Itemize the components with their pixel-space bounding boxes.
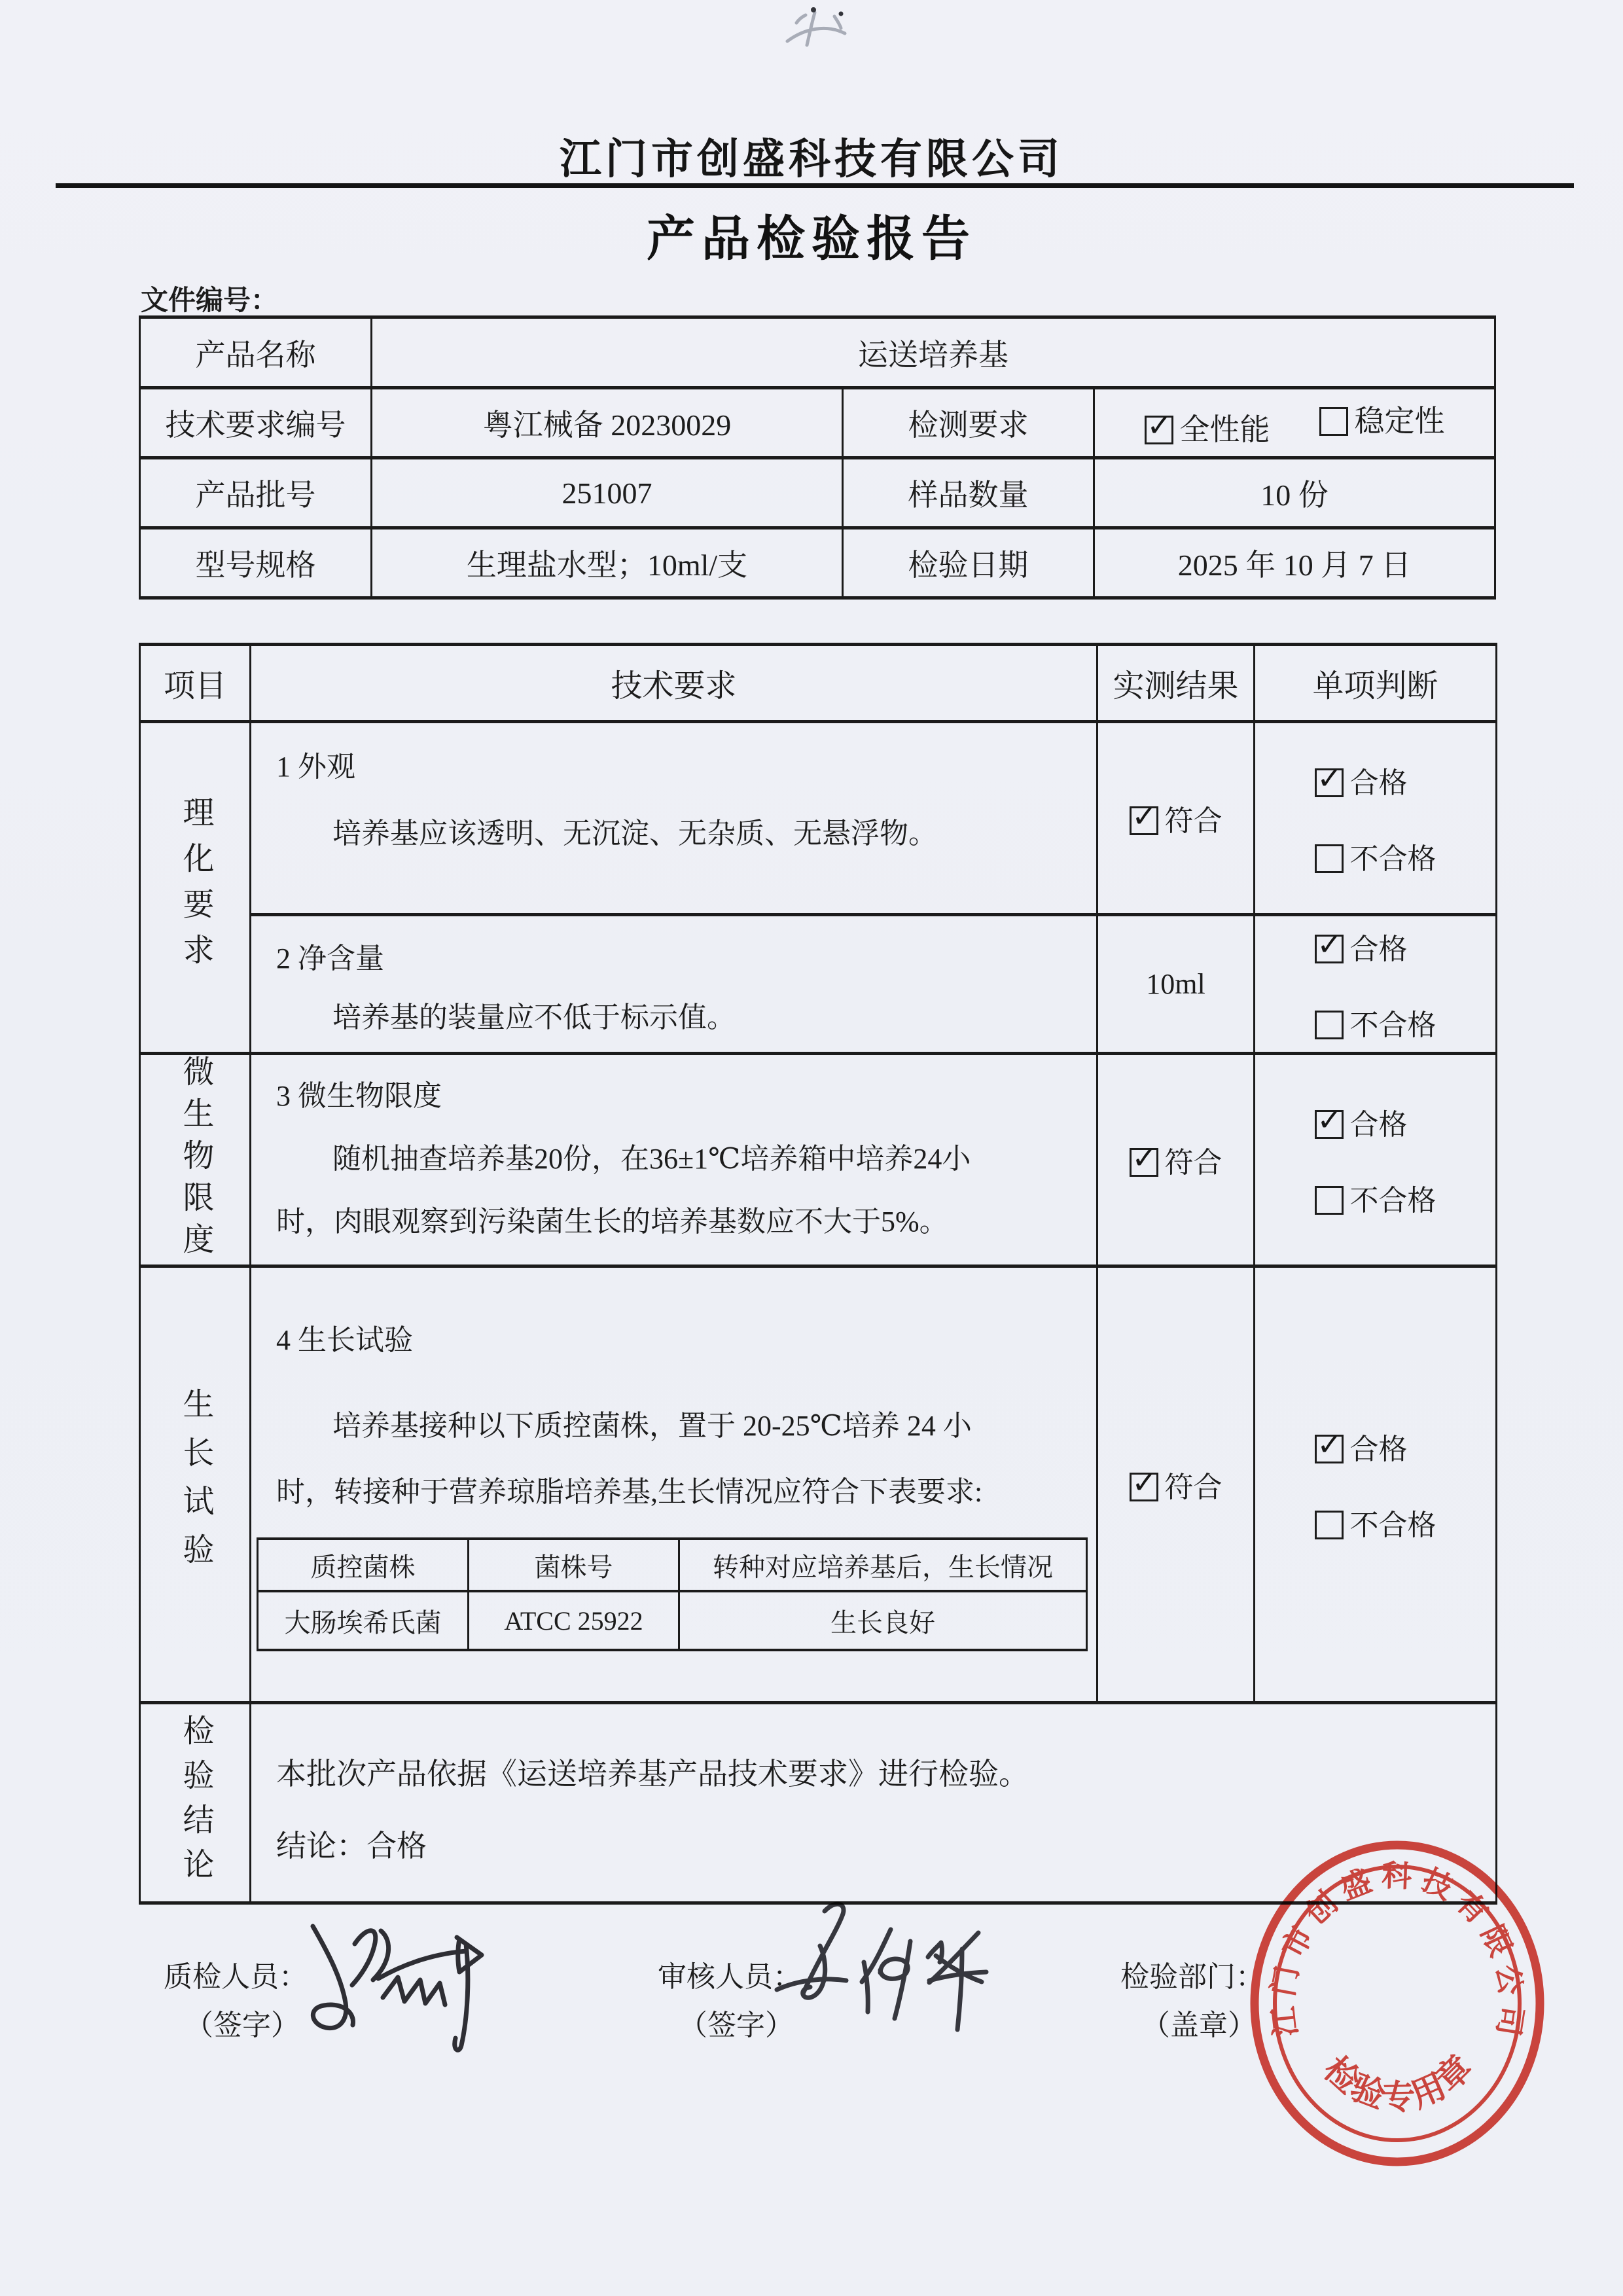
product-name-value: 运送培养基: [372, 317, 1495, 388]
table-row: 产品名称 运送培养基: [140, 317, 1495, 388]
micro-line2: 时，肉眼观察到污染菌生长的培养基数应不大于5%。: [276, 1198, 948, 1240]
test-req-value: 全性能 稳定性: [1094, 388, 1495, 458]
growth-line2: 时，转接种于营养琼脂培养基,生长情况应符合下表要求:: [276, 1468, 982, 1510]
growth-result-cell: 符合: [1097, 1266, 1255, 1703]
pass-label: 合格: [1350, 1426, 1408, 1467]
result-conform-label: 符合: [1165, 1463, 1222, 1505]
inspection-table: 项目 技术要求 实测结果 单项判断 理化要求 1 外观 培养基应该透明、无沉淀、…: [139, 643, 1497, 1905]
group-conclusion-label: 检验结论: [179, 1714, 211, 1892]
net-content-result-cell: 10ml: [1097, 915, 1255, 1054]
batch-no-value: 251007: [372, 458, 843, 528]
scanned-report-page: 江门市创盛科技有限公司 产品检验报告 文件编号： 产品名称 运送培养基 技术要求…: [0, 0, 1623, 2296]
growth-line1: 培养基接种以下质控菌株，置于 20-25℃培养 24 小: [276, 1402, 972, 1444]
test-req-label: 检测要求: [843, 388, 1094, 458]
table-row: 型号规格 生理盐水型；10ml/支 检验日期 2025 年 10 月 7 日: [140, 528, 1495, 598]
result-conform-label: 符合: [1165, 1139, 1222, 1181]
qc-label: 质检人员：: [164, 1953, 308, 2001]
micro-requirement-cell: 3 微生物限度 随机抽查培养基20份，在36±1℃培养箱中培养24小 时，肉眼观…: [251, 1054, 1097, 1266]
growth-status: 生长良好: [679, 1591, 1087, 1650]
appearance-title: 1 外观: [276, 743, 355, 785]
strain-col-header: 质控菌株: [258, 1539, 469, 1591]
group-conclusion: 检验结论: [140, 1703, 251, 1903]
growth-table-data-row: 大肠埃希氏菌 ATCC 25922 生长良好: [258, 1591, 1087, 1650]
checked-checkbox-icon: [1315, 1435, 1344, 1463]
micro-title: 3 微生物限度: [276, 1072, 442, 1114]
model-spec-value: 生理盐水型；10ml/支: [372, 528, 843, 598]
table-row-growth: 生长试验 4 生长试验 培养基接种以下质控菌株，置于 20-25℃培养 24 小…: [140, 1266, 1497, 1703]
conclusion-line1: 本批次产品依据《运送培养基产品技术要求》进行检验。: [276, 1750, 1029, 1793]
checked-checkbox-icon: [1130, 806, 1158, 835]
table-row: 技术要求编号 粤江械备 20230029 检测要求 全性能 稳定性: [140, 388, 1495, 458]
group-physical: 理化要求: [140, 722, 251, 1054]
company-seal-stamp: 江门市创盛科技有限公司 检验专用章: [1240, 1831, 1554, 2178]
checked-checkbox-icon: [1315, 935, 1344, 963]
pencil-scribble: [776, 3, 861, 56]
qc-handwritten-signature: [294, 1914, 510, 2065]
checked-checkbox-icon: [1130, 1148, 1158, 1177]
unchecked-checkbox-icon: [1315, 1011, 1344, 1039]
conclusion-line2: 结论：合格: [276, 1822, 427, 1865]
pass-label: 合格: [1350, 925, 1408, 967]
table-row: 产品批号 251007 样品数量 10 份: [140, 458, 1495, 528]
growth-status-col-header: 转种对应培养基后，生长情况: [679, 1539, 1087, 1591]
checked-checkbox-icon: [1315, 1110, 1344, 1139]
test-date-label: 检验日期: [843, 528, 1094, 598]
checked-checkbox-icon: [1145, 416, 1173, 444]
sample-qty-value: 10 份: [1094, 458, 1495, 528]
unchecked-checkbox-icon: [1319, 407, 1348, 436]
model-spec-label: 型号规格: [140, 528, 372, 598]
qc-signature-block: 质检人员： （签字）: [164, 1953, 308, 2050]
strain-no-col-header: 菌株号: [469, 1539, 679, 1591]
unchecked-checkbox-icon: [1315, 844, 1344, 873]
company-name: 江门市创盛科技有限公司: [0, 126, 1623, 186]
result-conform-label: 符合: [1165, 797, 1222, 839]
appearance-result-cell: 符合: [1097, 722, 1255, 915]
growth-judgement-cell: 合格 不合格: [1255, 1266, 1497, 1703]
batch-no-label: 产品批号: [140, 458, 372, 528]
group-physical-label: 理化要求: [179, 796, 211, 979]
seal-bottom-text: 检验专用章: [1316, 2047, 1480, 2117]
net-content-body: 培养基的装量应不低于标示值。: [276, 994, 736, 1035]
tech-req-no-label: 技术要求编号: [140, 388, 372, 458]
fail-label: 不合格: [1350, 1501, 1436, 1543]
full-performance-option: 全性能: [1145, 406, 1270, 449]
qc-sub-label: （签字）: [185, 2001, 308, 2050]
pass-label: 合格: [1350, 1101, 1408, 1143]
checked-checkbox-icon: [1130, 1473, 1158, 1501]
appearance-requirement-cell: 1 外观 培养基应该透明、无沉淀、无杂质、无悬浮物。: [251, 722, 1097, 915]
checked-checkbox-icon: [1315, 768, 1344, 797]
test-date-value: 2025 年 10 月 7 日: [1094, 528, 1495, 598]
col-header-item: 项目: [140, 645, 251, 722]
fail-label: 不合格: [1350, 835, 1436, 877]
micro-line1: 随机抽查培养基20份，在36±1℃培养箱中培养24小: [276, 1135, 971, 1177]
table-header-row: 项目 技术要求 实测结果 单项判断: [140, 645, 1497, 722]
pass-label: 合格: [1350, 759, 1408, 801]
page-title: 产品检验报告: [0, 200, 1623, 270]
appearance-judgement-cell: 合格 不合格: [1255, 722, 1497, 915]
growth-table-header-row: 质控菌株 菌株号 转种对应培养基后，生长情况: [258, 1539, 1087, 1591]
doc-number-label: 文件编号：: [141, 279, 278, 318]
table-row-micro-limit: 微生物限度 3 微生物限度 随机抽查培养基20份，在36±1℃培养箱中培养24小…: [140, 1054, 1497, 1266]
strain-name: 大肠埃希氏菌: [258, 1591, 469, 1650]
col-header-result: 实测结果: [1097, 645, 1255, 722]
fail-label: 不合格: [1350, 1177, 1436, 1219]
product-info-table: 产品名称 运送培养基 技术要求编号 粤江械备 20230029 检测要求 全性能…: [139, 315, 1496, 600]
net-content-requirement-cell: 2 净含量 培养基的装量应不低于标示值。: [251, 915, 1097, 1054]
group-growth: 生长试验: [140, 1266, 251, 1703]
group-micro: 微生物限度: [140, 1054, 251, 1266]
table-row-net-content: 2 净含量 培养基的装量应不低于标示值。 10ml 合格 不合格: [140, 915, 1497, 1054]
net-content-title: 2 净含量: [276, 935, 384, 977]
table-row-appearance: 理化要求 1 外观 培养基应该透明、无沉淀、无杂质、无悬浮物。 符合 合格 不合…: [140, 722, 1497, 915]
growth-strain-table: 质控菌株 菌株号 转种对应培养基后，生长情况 大肠埃希氏菌 ATCC 25922…: [257, 1537, 1088, 1651]
product-name-label: 产品名称: [140, 317, 372, 388]
growth-title: 4 生长试验: [276, 1316, 413, 1358]
micro-result-cell: 符合: [1097, 1054, 1255, 1266]
strain-number: ATCC 25922: [469, 1591, 679, 1650]
sample-qty-label: 样品数量: [843, 458, 1094, 528]
col-header-requirement: 技术要求: [251, 645, 1097, 722]
growth-requirement-cell: 4 生长试验 培养基接种以下质控菌株，置于 20-25℃培养 24 小 时，转接…: [251, 1266, 1097, 1703]
micro-judgement-cell: 合格 不合格: [1255, 1054, 1497, 1266]
appearance-body: 培养基应该透明、无沉淀、无杂质、无悬浮物。: [276, 810, 937, 852]
net-content-judgement-cell: 合格 不合格: [1255, 915, 1497, 1054]
unchecked-checkbox-icon: [1315, 1186, 1344, 1215]
group-micro-label: 微生物限度: [179, 1055, 211, 1265]
tech-req-no-value: 粤江械备 20230029: [372, 388, 843, 458]
group-growth-label: 生长试验: [179, 1388, 211, 1581]
col-header-judgement: 单项判断: [1255, 645, 1497, 722]
header-rule: [56, 183, 1574, 188]
reviewer-handwritten-signature: [762, 1884, 1024, 2047]
stability-label: 稳定性: [1355, 397, 1445, 440]
fail-label: 不合格: [1350, 1001, 1436, 1043]
unchecked-checkbox-icon: [1315, 1511, 1344, 1539]
full-performance-label: 全性能: [1180, 406, 1270, 449]
stability-option: 稳定性: [1319, 397, 1445, 440]
